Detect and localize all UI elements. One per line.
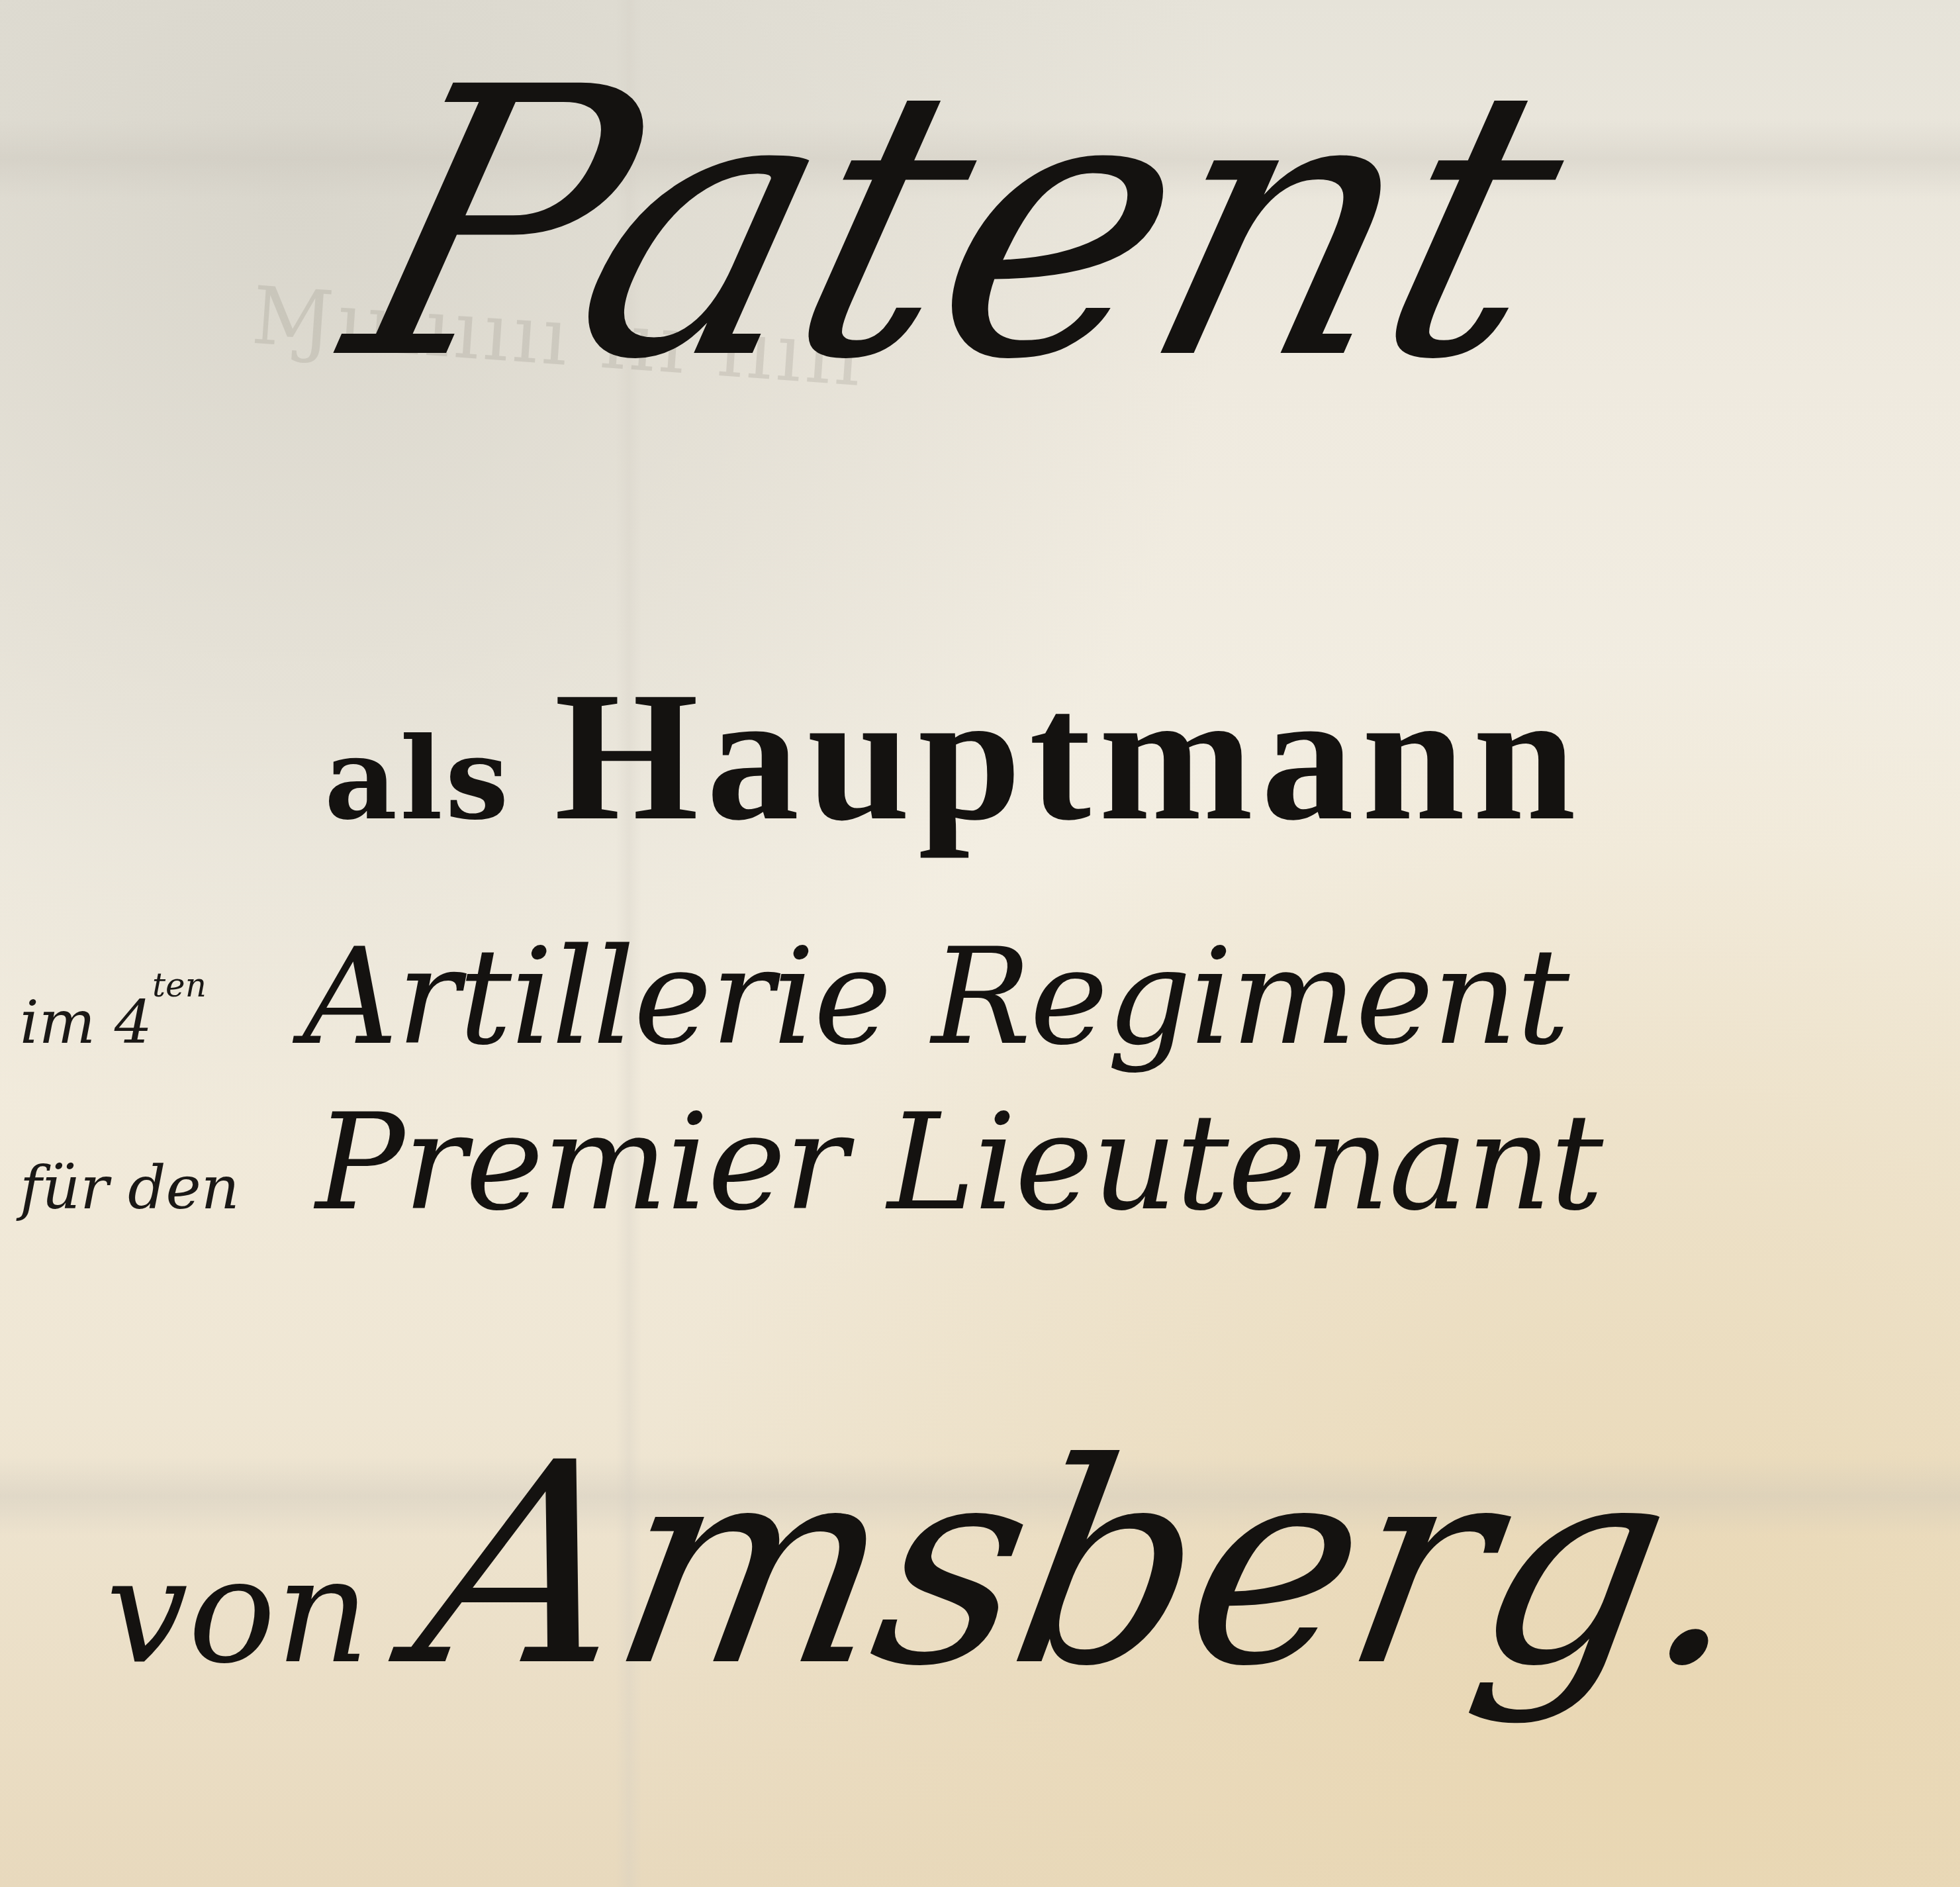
previous-rank-line: für den Premier Lieutenant — [20, 1086, 1602, 1240]
unit-line: im 4ten Artillerie Regiment — [20, 920, 1568, 1075]
rank-title: Hauptmann — [555, 653, 1584, 859]
officer-surname: Amsberg. — [397, 1404, 1771, 1727]
previous-rank-prefix: für den — [20, 1153, 240, 1223]
document-title: Patent — [324, 40, 1587, 411]
name-line: von Amsberg. — [106, 1404, 1743, 1727]
previous-rank: Premier Lieutenant — [316, 1086, 1603, 1240]
rank-line: als Hauptmann — [324, 649, 1584, 863]
unit-name: Artillerie Regiment — [303, 920, 1568, 1075]
ordinal-suffix: ten — [152, 966, 207, 1004]
rank-prefix: als — [324, 713, 511, 846]
name-prefix: von — [106, 1526, 369, 1696]
unit-prefix: im 4 — [20, 988, 152, 1057]
